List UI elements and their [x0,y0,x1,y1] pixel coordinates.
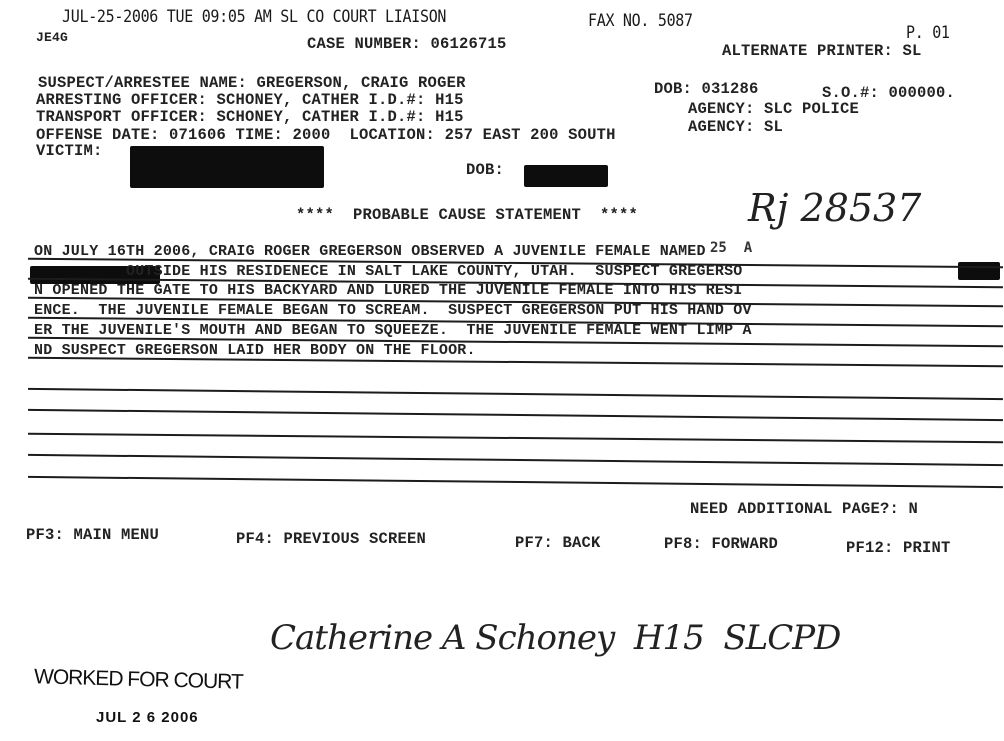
court-stamp-line1: WORKED FOR COURT [34,665,243,694]
pf3-main-menu[interactable]: PF3: MAIN MENU [26,526,159,544]
entry-line [28,357,1003,368]
suspect-name-field: SUSPECT/ARRESTEE NAME: GREGERSON, CRAIG … [38,74,466,92]
fax-number: FAX NO. 5087 [588,10,693,31]
arresting-agency-field: AGENCY: SLC POLICE [688,100,859,118]
fax-page-number: P. 01 [906,22,950,43]
pf7-back[interactable]: PF7: BACK [515,534,601,552]
victim-name-redaction-2 [958,262,1000,280]
handwritten-note: Rj 28537 [748,186,921,230]
transport-officer-field: TRANSPORT OFFICER: SCHONEY, CATHER I.D.#… [36,108,464,126]
entry-line-empty [28,388,1003,400]
officer-signature: Catherine A Schoney H15 SLCPD [270,618,840,658]
fax-date-line: JUL-25-2006 TUE 09:05 AM SL CO COURT LIA… [62,6,446,27]
victim-dob-redaction [524,165,608,187]
suspect-dob-field: DOB: 031286 [654,80,759,98]
statement-line-5: ER THE JUVENILE'S MOUTH AND BEGAN TO SQU… [34,322,752,339]
pf4-previous-screen[interactable]: PF4: PREVIOUS SCREEN [236,530,426,548]
statement-line-3: N OPENED THE GATE TO HIS BACKYARD AND LU… [34,282,743,299]
arresting-officer-field: ARRESTING OFFICER: SCHONEY, CATHER I.D.#… [36,91,464,109]
entry-line-empty [28,409,1003,421]
offense-field: OFFENSE DATE: 071606 TIME: 2000 LOCATION… [36,126,616,144]
entry-line-empty [28,476,1003,488]
entry-line-empty [28,433,1003,444]
statement-line-4: ENCE. THE JUVENILE FEMALE BEGAN TO SCREA… [34,302,752,319]
screen-id: JE4G [36,30,68,45]
victim-label: VICTIM: [36,142,103,160]
pf12-print[interactable]: PF12: PRINT [846,539,951,557]
need-additional-page-prompt[interactable]: NEED ADDITIONAL PAGE?: N [690,500,918,518]
victim-name-redaction [130,146,324,188]
entry-line-empty [28,454,1003,466]
court-stamp-date: JUL 2 6 2006 [96,709,199,726]
statement-line-2: OUTSIDE HIS RESIDENECE IN SALT LAKE COUN… [34,263,743,280]
victim-dob-label: DOB: [466,161,504,179]
case-number: CASE NUMBER: 06126715 [307,35,507,53]
statement-line-1: ON JULY 16TH 2006, CRAIG ROGER GREGERSON… [34,243,706,260]
alternate-printer: ALTERNATE PRINTER: SL [722,42,922,60]
pf8-forward[interactable]: PF8: FORWARD [664,535,778,553]
overwrite-stamp: 25 A [710,240,752,256]
probable-cause-title: **** PROBABLE CAUSE STATEMENT **** [296,206,638,224]
transport-agency-field: AGENCY: SL [688,118,783,136]
